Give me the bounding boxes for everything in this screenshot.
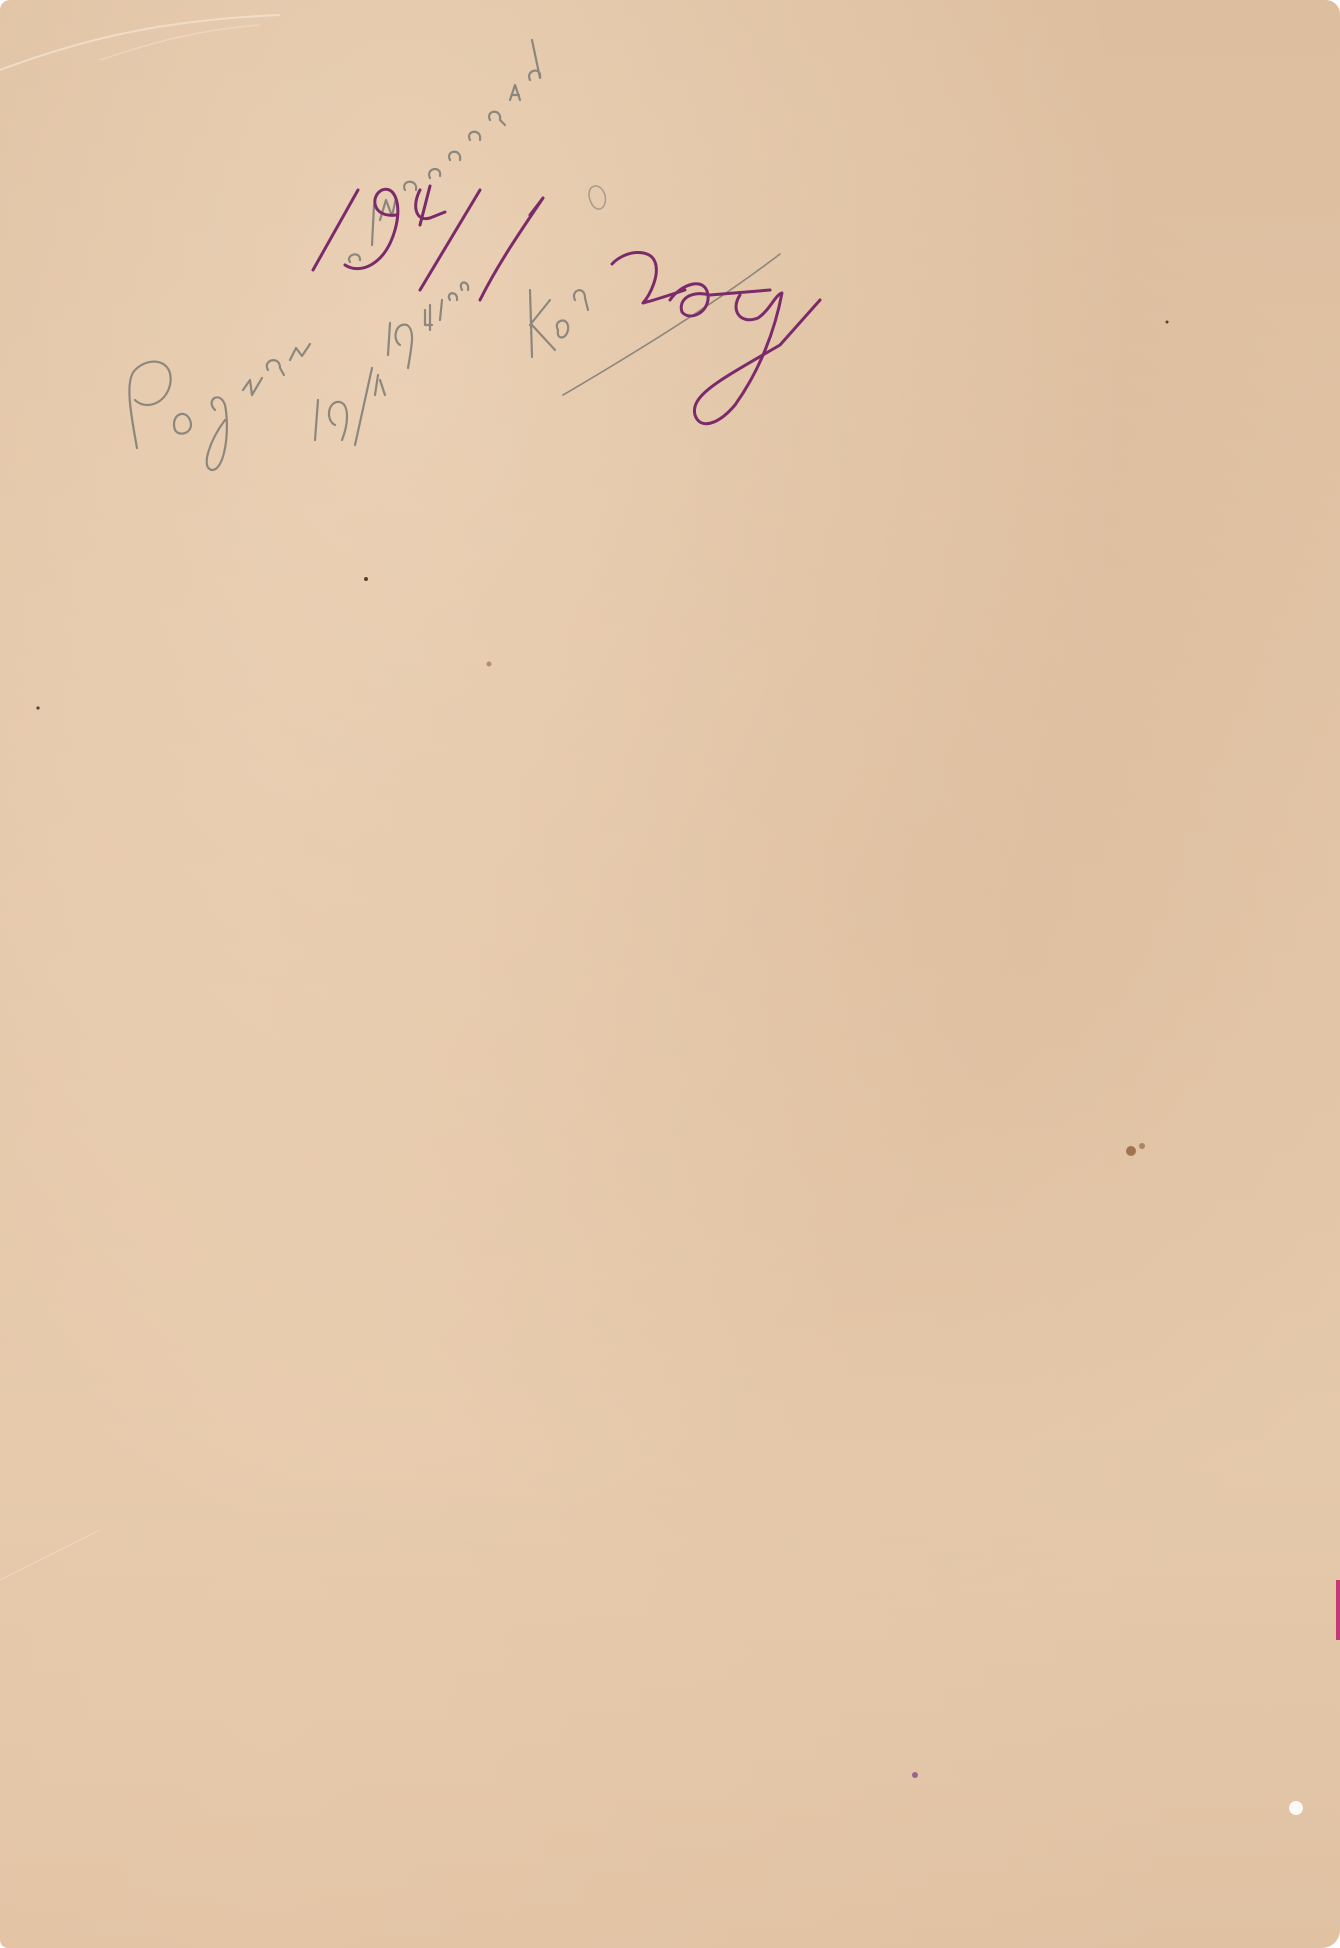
ink-annotations: [313, 186, 820, 424]
paper-sheet: Родным от Николая 19/V 1941 г. Кер... 19…: [0, 0, 1340, 1948]
pencil-annotations: [129, 40, 780, 470]
handwriting-layer: [0, 0, 1340, 1948]
